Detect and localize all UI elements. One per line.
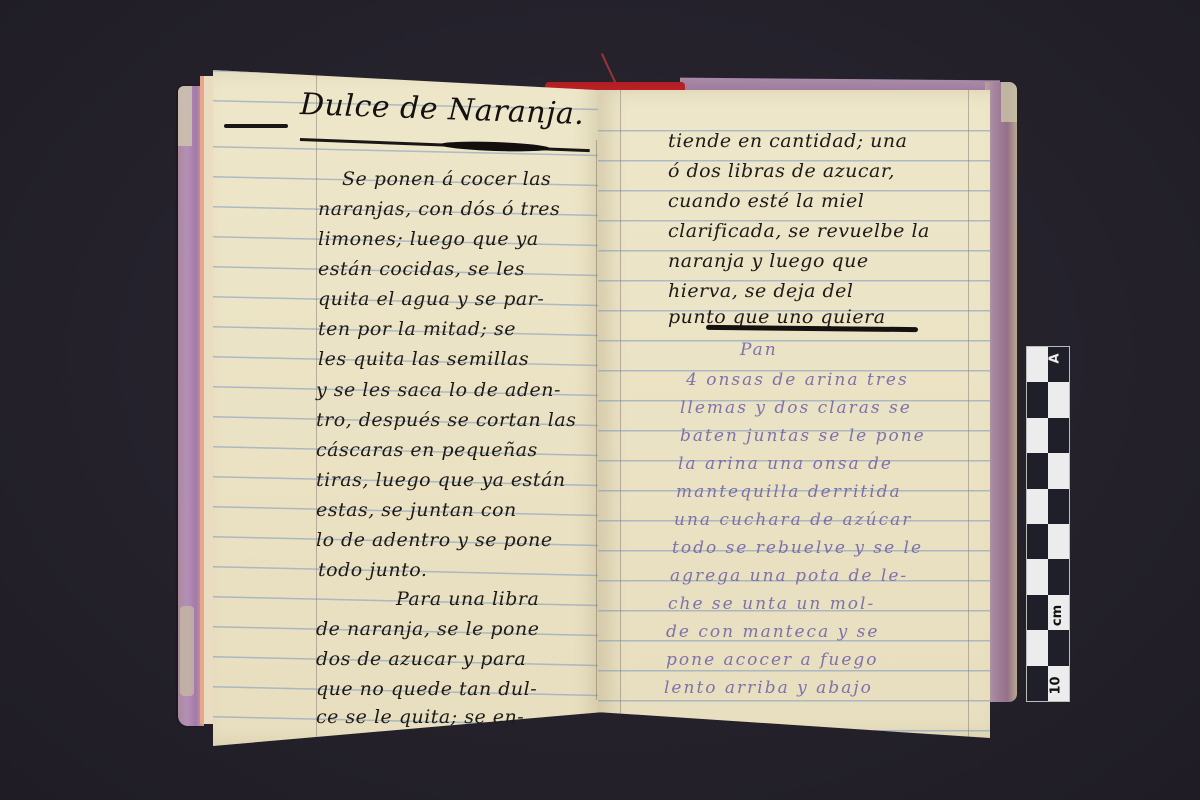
text-line: hierva, se deja del <box>668 280 853 302</box>
text-line: estas, se juntan con <box>316 499 517 521</box>
margin-line <box>316 70 317 746</box>
text-line: ó dos libras de azucar, <box>668 160 895 182</box>
scale-top-label: A <box>1048 353 1063 363</box>
text-line: lo de adentro y se pone <box>316 529 553 551</box>
text-line: están cocidas, se les <box>318 258 525 280</box>
text-line: tro, después se cortan las <box>316 409 576 431</box>
text-line: naranja y luego que <box>668 250 869 272</box>
pencil-line: 4 onsas de arina tres <box>686 370 909 390</box>
loose-red-thread <box>601 53 617 85</box>
pencil-line: todo se rebuelve y se le <box>672 538 923 558</box>
gutter-crease <box>596 140 597 700</box>
text-line: cuando esté la miel <box>668 190 864 212</box>
text-line: que no quede tan dul- <box>316 678 537 700</box>
pencil-line: llemas y dos claras se <box>680 398 912 418</box>
pencil-line: la arina una onsa de <box>678 454 893 474</box>
text-line: naranjas, con dós ó tres <box>318 198 560 220</box>
text-line: tiras, luego que ya están <box>316 469 566 491</box>
pencil-title: Pan <box>740 340 778 360</box>
margin-line-right <box>968 90 969 738</box>
text-line: ten por la mitad; se <box>318 318 516 340</box>
text-line: les quita las semillas <box>318 348 529 370</box>
pencil-line: agrega una pota de le- <box>670 566 908 586</box>
pencil-line: mantequilla derritida <box>676 482 902 502</box>
pencil-line: che se unta un mol- <box>668 594 875 614</box>
pencil-line: pone acocer a fuego <box>666 650 879 670</box>
pencil-line: una cuchara de azúcar <box>674 510 912 530</box>
text-line: de naranja, se le pone <box>316 618 539 640</box>
text-line: tiende en cantidad; una <box>668 130 907 152</box>
pencil-line: lento arriba y abajo <box>664 678 873 698</box>
scale-value-label: 10 <box>1049 675 1064 695</box>
text-line: todo junto. <box>318 559 427 581</box>
margin-line-left <box>620 90 621 738</box>
open-notebook: Dulce de Naranja. Se ponen á cocer las n… <box>0 0 1200 800</box>
pencil-line: baten juntas se le pone <box>680 426 926 446</box>
text-line: Se ponen á cocer las <box>342 168 551 190</box>
text-line: quita el agua y se par- <box>318 288 544 310</box>
text-line: limones; luego que ya <box>318 228 539 250</box>
text-line: ce se le quita; se en- <box>316 706 524 728</box>
scale-unit-label: cm <box>1050 604 1065 627</box>
text-line: Para una libra <box>396 588 539 610</box>
text-line: y se les saca lo de aden- <box>316 379 561 401</box>
pencil-line: de con manteca y se <box>666 622 879 642</box>
centimetre-scale-bar <box>1026 346 1070 702</box>
text-line: cáscaras en pequeñas <box>316 439 538 461</box>
text-line: clarificada, se revuelbe la <box>668 220 930 242</box>
text-line: dos de azucar y para <box>316 648 526 670</box>
title-dash <box>224 124 288 128</box>
